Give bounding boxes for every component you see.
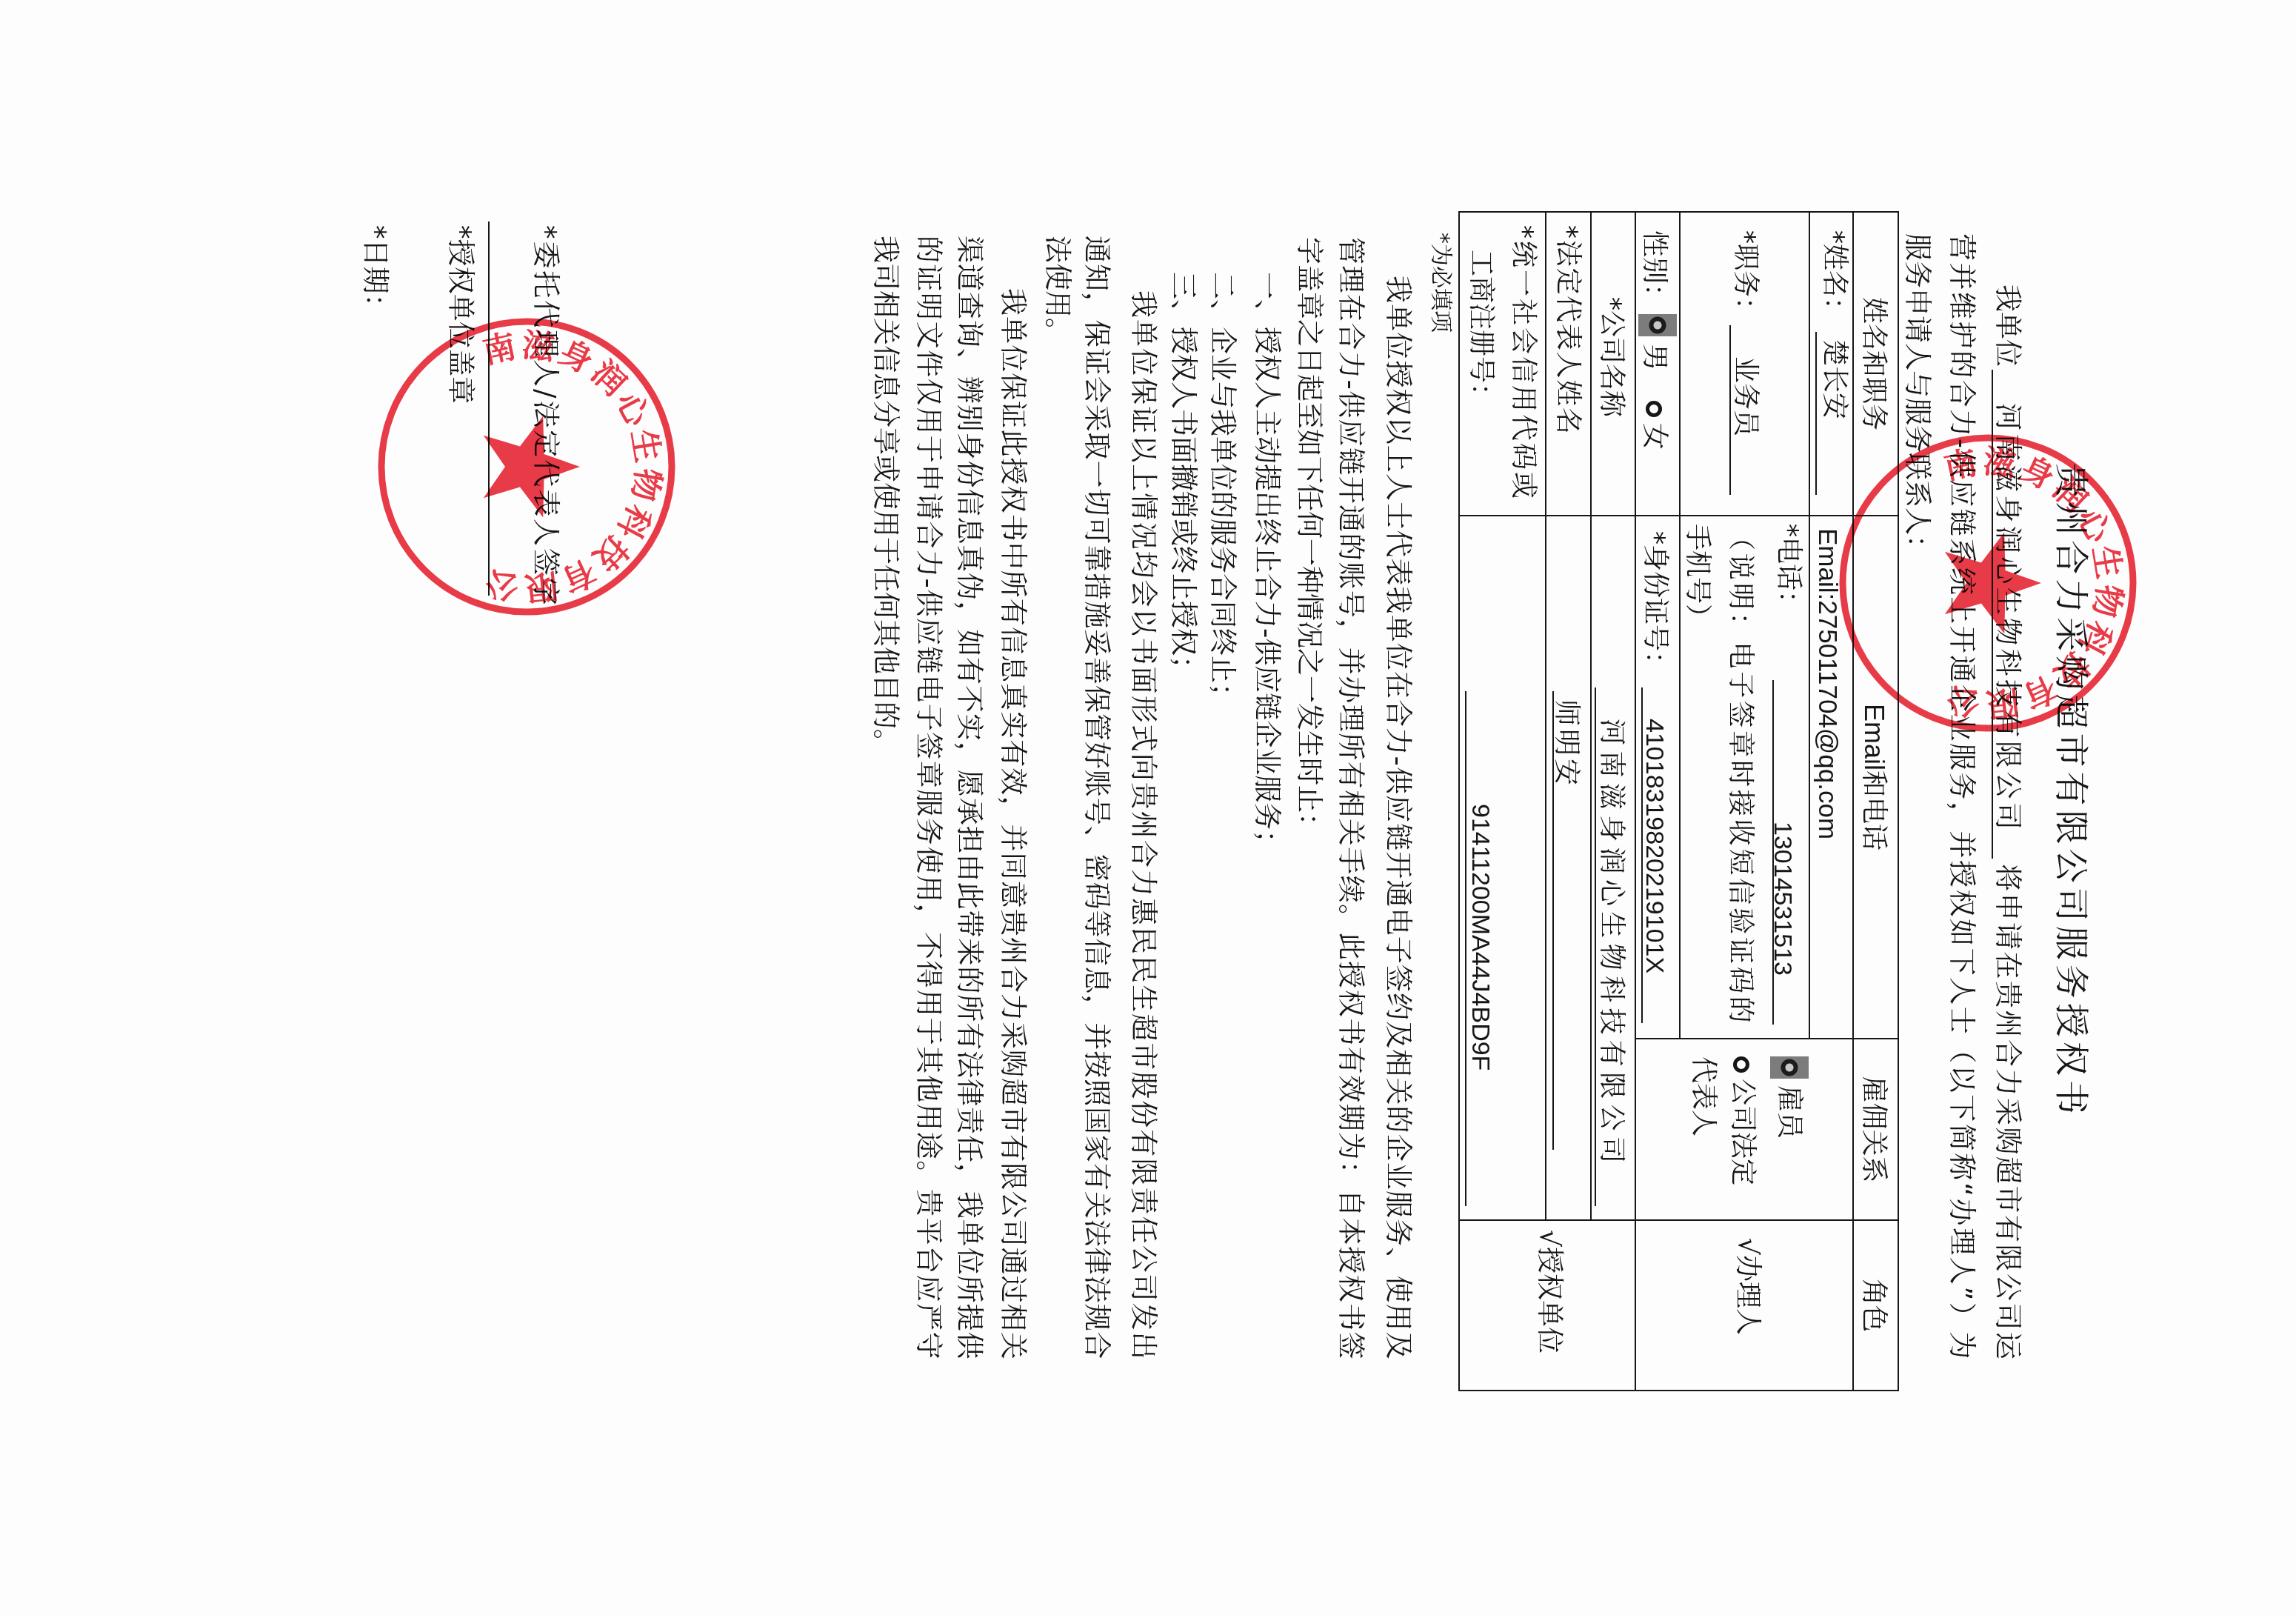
notice-line-2: 通知，保证会采取一切可靠措施妥善保管好账号、密码等信息，并按照国家有关法律法规合 <box>1082 236 1110 1359</box>
company-seal-stamp-signature: 河南滋身润心生物科技有限公司 <box>364 304 690 630</box>
gender-male-radio <box>1638 314 1677 336</box>
gender-cell: 性别： 男 女 <box>1635 212 1680 516</box>
phone-note-line-2: 手机号） <box>1683 524 1710 630</box>
role-authorizing-unit: √授权单位 <box>1535 1230 1562 1353</box>
name-label: *姓名： <box>1821 230 1847 324</box>
id-card-value: 41018319820219101X <box>1642 719 1667 973</box>
name-value: 楚长安 <box>1821 339 1847 419</box>
header-role: 角色 <box>1853 1220 1898 1391</box>
gender-female-label: 女 <box>1641 423 1667 450</box>
company-name-label-cell: *公司名称 <box>1591 212 1635 516</box>
header-employment: 雇佣关系 <box>1853 1039 1898 1220</box>
notice-line-1: 我单位保证以上情况均会以书面形式向贵州合力惠民民生超市股份有限责任公司发出 <box>1129 290 1157 1359</box>
legal-rep-name-value: 师明安 <box>1552 699 1579 785</box>
legal-rep-value-cell: 师明安 <box>1546 516 1591 1220</box>
gender-label: 性别： <box>1641 230 1667 310</box>
position-label: *职务： <box>1732 230 1758 324</box>
name-underline <box>1815 332 1817 495</box>
scanned-authorization-letter: 贵州合力采购超市有限公司服务授权书 我单位 河南滋身润心生物科技有限公司 将申请… <box>0 0 2296 1615</box>
phone-value: 13014531513 <box>1770 822 1795 976</box>
credit-code-label-line-1: *统一社会信用代码或 <box>1509 225 1536 499</box>
credit-code-label-cell: *统一社会信用代码或 工商注册号： <box>1459 212 1546 516</box>
employee-radio <box>1770 1056 1809 1079</box>
position-cell: *职务： 业务员 <box>1680 212 1809 516</box>
guarantee-line-1: 我单位保证此授权书中所有信息真实有效，并同意贵州合力采购超市有限公司通过相关 <box>998 288 1027 1359</box>
condition-item: 一、授权人主动提出终止合力-供应链企业服务； <box>1252 272 1281 857</box>
legal-rep-label-cell: *法定代表人姓名 <box>1546 212 1591 516</box>
condition-item: 三、授权人书面撤销或终止授权； <box>1169 272 1197 683</box>
id-card-label: *身份证号： <box>1641 531 1668 678</box>
guarantee-line-2: 渠道查询、辨别身份信息真伪，如有不实，愿承担由此带来的所有法律责任，我单位所提供 <box>955 236 983 1359</box>
authorization-line-3: 字盖章之日起至如下任何一种情况之一发生时止： <box>1295 237 1323 840</box>
date-label: *日期： <box>361 225 389 304</box>
role-cell-applicant: √办理人 <box>1635 1220 1853 1391</box>
intro-line-1-suffix: 将申请在贵州合力采购超市有限公司运 <box>1993 864 2021 1359</box>
credit-code-value-cell: 91411200MA44J4BD9F <box>1459 516 1546 1220</box>
phone-note-line-1: （说明：电子签章时接收短信验证码的 <box>1726 524 1753 1023</box>
required-fields-note: *为必填项 <box>1429 233 1452 333</box>
stamp-star-icon <box>1945 533 2041 634</box>
condition-item: 二、企业与我单位的服务合同终止； <box>1208 272 1236 710</box>
authorization-line-2: 管理在合力-供应链开通的账号，并办理所有相关手续。此授权书有效期为：自本授权书签 <box>1336 237 1364 1359</box>
legal-rep-option: 公司法定代表人 <box>1683 1056 1762 1202</box>
applicant-info-table: 姓名和职务 Email和电话 雇佣关系 角色 *姓名： 楚长安 Email:27… <box>1459 212 1898 1391</box>
position-value: 业务员 <box>1732 356 1758 436</box>
id-card-cell: *身份证号： 41018319820219101X <box>1635 516 1680 1039</box>
credit-code-label-line-2: 工商注册号： <box>1467 250 1494 410</box>
company-name-value-cell: 河南滋身润心生物科技有限公司 <box>1591 516 1635 1220</box>
credit-code-value: 91411200MA44J4BD9F <box>1468 804 1493 1070</box>
gender-female-radio <box>1646 401 1662 417</box>
guarantee-line-4: 我司相关信息分享或使用于任何其他目的。 <box>871 236 899 756</box>
company-seal-stamp-top: 河南滋身润心生物科技有限公司 <box>1825 420 2151 746</box>
guarantee-line-3: 的证明文件仅用于申请合力-供应链电子签章服务使用，不得用于其他用途。贵平台应严守 <box>914 236 942 1359</box>
authorization-line-1: 我单位授权以上人士代表我单位在合力-供应链开通电子签约及相关的企业服务、使用及 <box>1384 276 1412 1359</box>
employee-label: 雇员 <box>1775 1085 1802 1139</box>
employment-cell: 雇员 公司法定代表人 <box>1635 1039 1853 1220</box>
role-cell-company: √授权单位 <box>1459 1220 1635 1391</box>
gender-male-label: 男 <box>1641 344 1667 370</box>
stamp-star-icon <box>484 416 580 518</box>
legal-rep-radio <box>1733 1056 1749 1073</box>
legal-rep-name-label: *法定代表人姓名 <box>1554 225 1581 434</box>
legal-rep-label: 公司法定代表人 <box>1688 1056 1758 1185</box>
company-name-value: 河南滋身润心生物科技有限公司 <box>1598 719 1624 1163</box>
intro-prefix: 我单位 <box>1993 284 2021 361</box>
phone-cell: *电话： 13014531513 （说明：电子签章时接收短信验证码的 手机号） <box>1680 516 1809 1039</box>
intro-line-2: 营并维护的合力-供应链系统上开通企业服务，并授权如下人士（以下简称“办理人”）为 <box>1947 233 1975 1359</box>
phone-label: *电话： <box>1775 524 1801 617</box>
notice-line-3: 法使用。 <box>1043 236 1071 345</box>
role-handler: √办理人 <box>1734 1238 1761 1335</box>
company-name-label: *公司名称 <box>1598 297 1624 417</box>
